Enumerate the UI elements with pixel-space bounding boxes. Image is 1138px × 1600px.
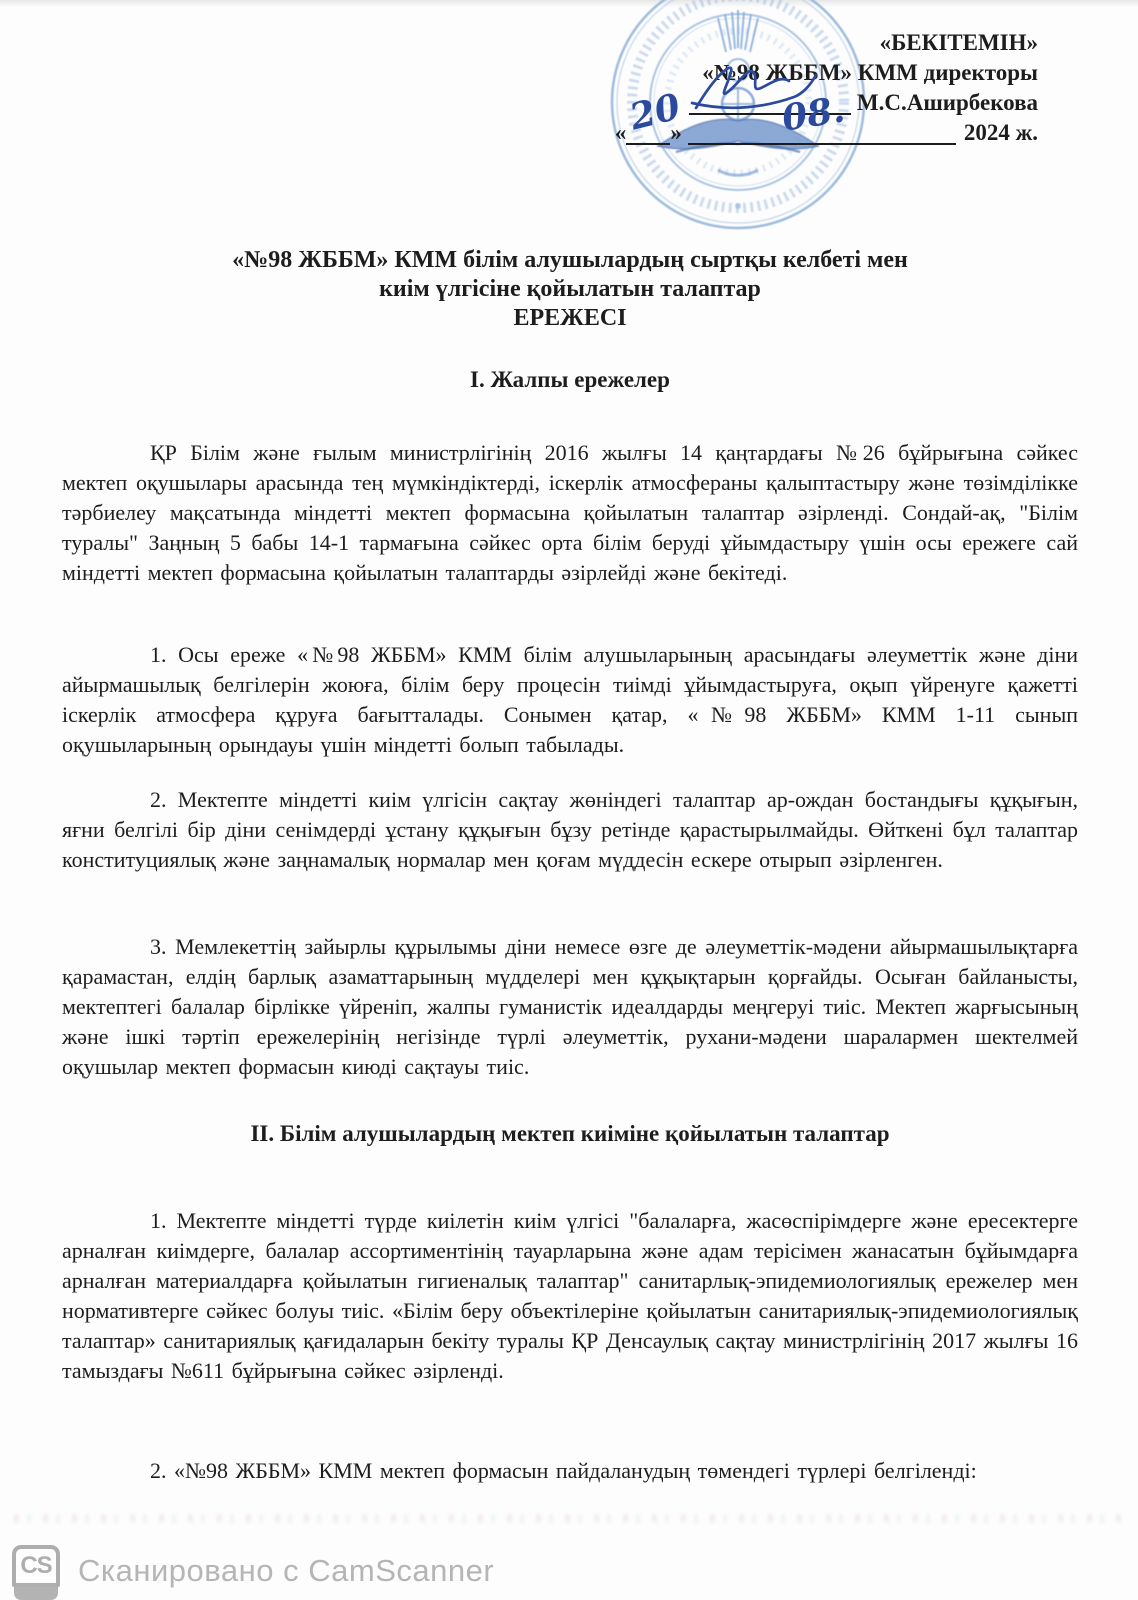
section-2-paragraph-2: 2. «№98 ЖББМ» КММ мектеп формасын пайдал… bbox=[62, 1456, 1078, 1486]
title-line-3: ЕРЕЖЕСІ bbox=[62, 304, 1078, 333]
document-title: «№98 ЖББМ» КММ білім алушылардың сыртқы … bbox=[62, 246, 1078, 333]
section-1-paragraph-3: 2. Мектепте міндетті киім үлгісін сақтау… bbox=[62, 785, 1078, 875]
section-1-heading: І. Жалпы ережелер bbox=[62, 366, 1078, 394]
year-label: 2024 ж. bbox=[964, 118, 1038, 148]
section-1-paragraph-2: 1. Осы ереже «№98 ЖББМ» КММ білім алушыл… bbox=[62, 640, 1078, 760]
director-signature bbox=[688, 56, 820, 127]
open-quote: « bbox=[615, 118, 627, 148]
section-1-paragraph-1: ҚР Білім және ғылым министрлігінің 2016 … bbox=[62, 438, 1078, 588]
approval-label: «БЕКІТЕМІН» bbox=[598, 28, 1038, 58]
section-1-paragraph-4: 3. Мемлекеттің зайырлы құрылымы діни нем… bbox=[62, 932, 1078, 1082]
scan-edge-shadow bbox=[0, 0, 1138, 7]
scanned-document-page: «БЕКІТЕМІН» «№98 ЖББМ» КММ директоры М.С… bbox=[0, 0, 1138, 1600]
camscanner-logo-tab bbox=[14, 1587, 58, 1600]
section-2-heading: ІІ. Білім алушылардың мектеп киіміне қой… bbox=[62, 1120, 1078, 1148]
bleed-through-noise bbox=[14, 1514, 1124, 1523]
title-line-2: киім үлгісіне қойылатын талаптар bbox=[62, 275, 1078, 304]
day-line bbox=[626, 121, 670, 145]
section-2-paragraph-1: 1. Мектепте міндетті түрде киілетін киім… bbox=[62, 1206, 1078, 1386]
title-line-1: «№98 ЖББМ» КММ білім алушылардың сыртқы … bbox=[62, 246, 1078, 275]
director-name: М.С.Аширбекова bbox=[857, 88, 1038, 118]
camscanner-logo-text: CS bbox=[12, 1545, 60, 1587]
camscanner-watermark-text: Сканировано с CamScanner bbox=[78, 1553, 494, 1589]
close-quote: » bbox=[670, 118, 682, 148]
camscanner-logo-icon: CS bbox=[12, 1545, 60, 1598]
